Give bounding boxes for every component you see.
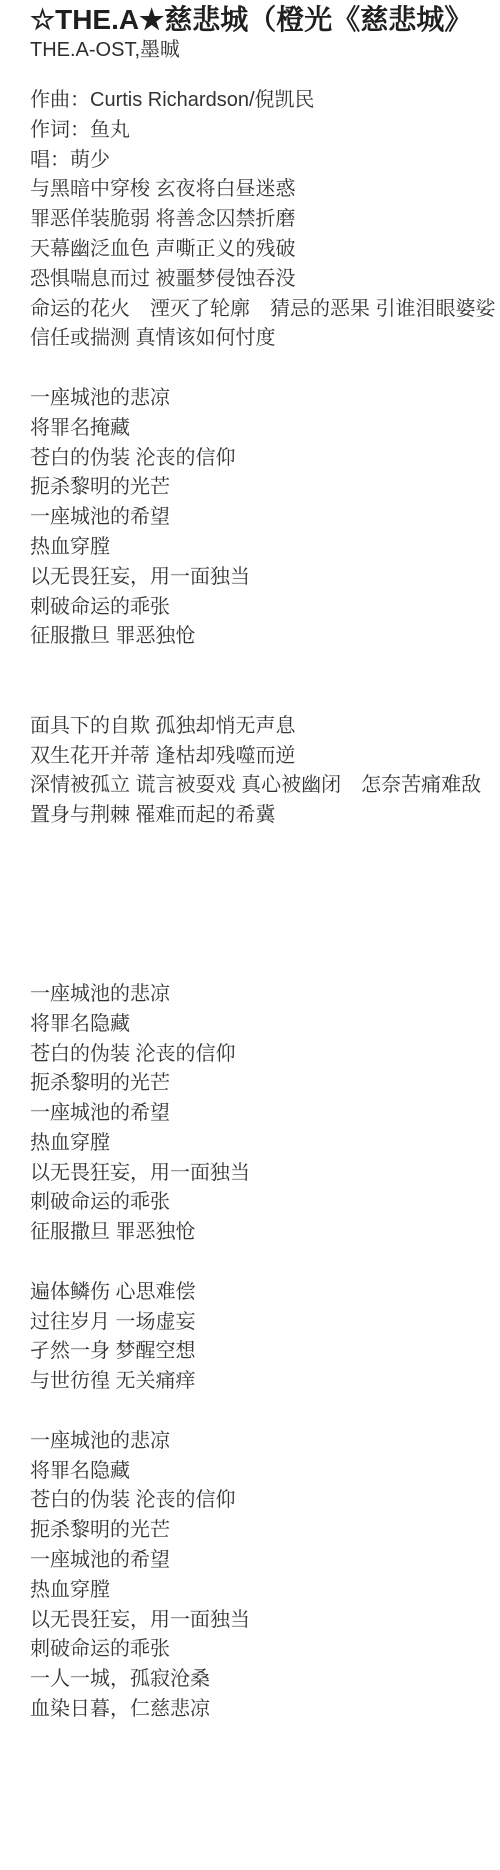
lyric-line: 热血穿膛 (30, 1576, 500, 1606)
album-artist-line: THE.A-OST,墨晠 (30, 37, 500, 63)
lyric-line: 热血穿膛 (30, 1129, 500, 1159)
composer-line: 作曲：Curtis Richardson/倪凯民 (30, 86, 500, 116)
lyric-line: 热血穿膛 (30, 533, 500, 563)
credits-block: 作曲：Curtis Richardson/倪凯民 作词：鱼丸 唱：萌少 (30, 86, 500, 175)
lyric-line: 刺破命运的乖张 (30, 1635, 500, 1665)
lyric-line: 一座城池的悲凉 (30, 980, 500, 1010)
lyric-line: 信任或揣测 真情该如何忖度 (30, 324, 500, 354)
lyric-line: 以无畏狂妄，用一面独当 (30, 1606, 500, 1636)
lyric-line: 双生花开并蒂 逢枯却残噬而逆 (30, 742, 500, 772)
lyric-line: 孑然一身 梦醒空想 (30, 1337, 500, 1367)
song-title: ☆THE.A★慈悲城（橙光《慈悲城》 (30, 3, 500, 37)
lyric-line: 恐惧喘息而过 被噩梦侵蚀吞没 (30, 265, 500, 295)
lyric-line (30, 920, 500, 950)
lyrics-page: ☆THE.A★慈悲城（橙光《慈悲城》 THE.A-OST,墨晠 作曲：Curti… (0, 0, 500, 1725)
lyric-line: 深情被孤立 谎言被耍戏 真心被幽闭 怎奈苦痛难敌 (30, 771, 500, 801)
lyric-line: 一座城池的悲凉 (30, 384, 500, 414)
lyric-line: 苍白的伪装 沦丧的信仰 (30, 444, 500, 474)
lyric-line: 天幕幽泛血色 声嘶正义的残破 (30, 235, 500, 265)
lyric-line (30, 682, 500, 712)
lyric-line: 命运的花火 湮灭了轮廓 猜忌的恶果 引谁泪眼婆娑 (30, 295, 500, 325)
singer-line: 唱：萌少 (30, 146, 500, 176)
lyric-line (30, 891, 500, 921)
lyric-line: 扼杀黎明的光芒 (30, 1069, 500, 1099)
lyric-line: 与世彷徨 无关痛痒 (30, 1367, 500, 1397)
lyrics-block: 与黑暗中穿梭 玄夜将白昼迷惑罪恶佯装脆弱 将善念囚禁折磨天幕幽泛血色 声嘶正义的… (30, 175, 500, 1724)
lyric-line: 以无畏狂妄，用一面独当 (30, 563, 500, 593)
lyric-line: 刺破命运的乖张 (30, 593, 500, 623)
lyric-line (30, 1248, 500, 1278)
lyric-line: 一座城池的希望 (30, 503, 500, 533)
lyric-line (30, 354, 500, 384)
lyric-line: 将罪名隐藏 (30, 1457, 500, 1487)
lyric-line: 苍白的伪装 沦丧的信仰 (30, 1040, 500, 1070)
lyric-line: 扼杀黎明的光芒 (30, 473, 500, 503)
lyric-line: 一座城池的希望 (30, 1099, 500, 1129)
lyric-line (30, 1397, 500, 1427)
lyric-line: 以无畏狂妄，用一面独当 (30, 1159, 500, 1189)
lyric-line (30, 652, 500, 682)
lyric-line: 一人一城，孤寂沧桑 (30, 1665, 500, 1695)
lyric-line: 罪恶佯装脆弱 将善念囚禁折磨 (30, 205, 500, 235)
lyric-line: 面具下的自欺 孤独却悄无声息 (30, 712, 500, 742)
lyric-line: 将罪名掩藏 (30, 414, 500, 444)
lyric-line: 遍体鳞伤 心思难偿 (30, 1278, 500, 1308)
lyric-line: 征服撒旦 罪恶独怆 (30, 1218, 500, 1248)
lyric-line (30, 861, 500, 891)
lyric-line: 与黑暗中穿梭 玄夜将白昼迷惑 (30, 175, 500, 205)
lyric-line: 扼杀黎明的光芒 (30, 1516, 500, 1546)
lyric-line: 苍白的伪装 沦丧的信仰 (30, 1486, 500, 1516)
lyric-line (30, 831, 500, 861)
lyric-line: 血染日暮，仁慈悲凉 (30, 1695, 500, 1725)
lyric-line: 刺破命运的乖张 (30, 1188, 500, 1218)
lyric-line: 过往岁月 一场虚妄 (30, 1308, 500, 1338)
lyricist-line: 作词：鱼丸 (30, 116, 500, 146)
lyric-line: 征服撒旦 罪恶独怆 (30, 622, 500, 652)
lyric-line: 一座城池的希望 (30, 1546, 500, 1576)
lyric-line: 一座城池的悲凉 (30, 1427, 500, 1457)
lyric-line (30, 950, 500, 980)
lyric-line: 置身与荆棘 罹难而起的希冀 (30, 801, 500, 831)
lyric-line: 将罪名隐藏 (30, 1010, 500, 1040)
